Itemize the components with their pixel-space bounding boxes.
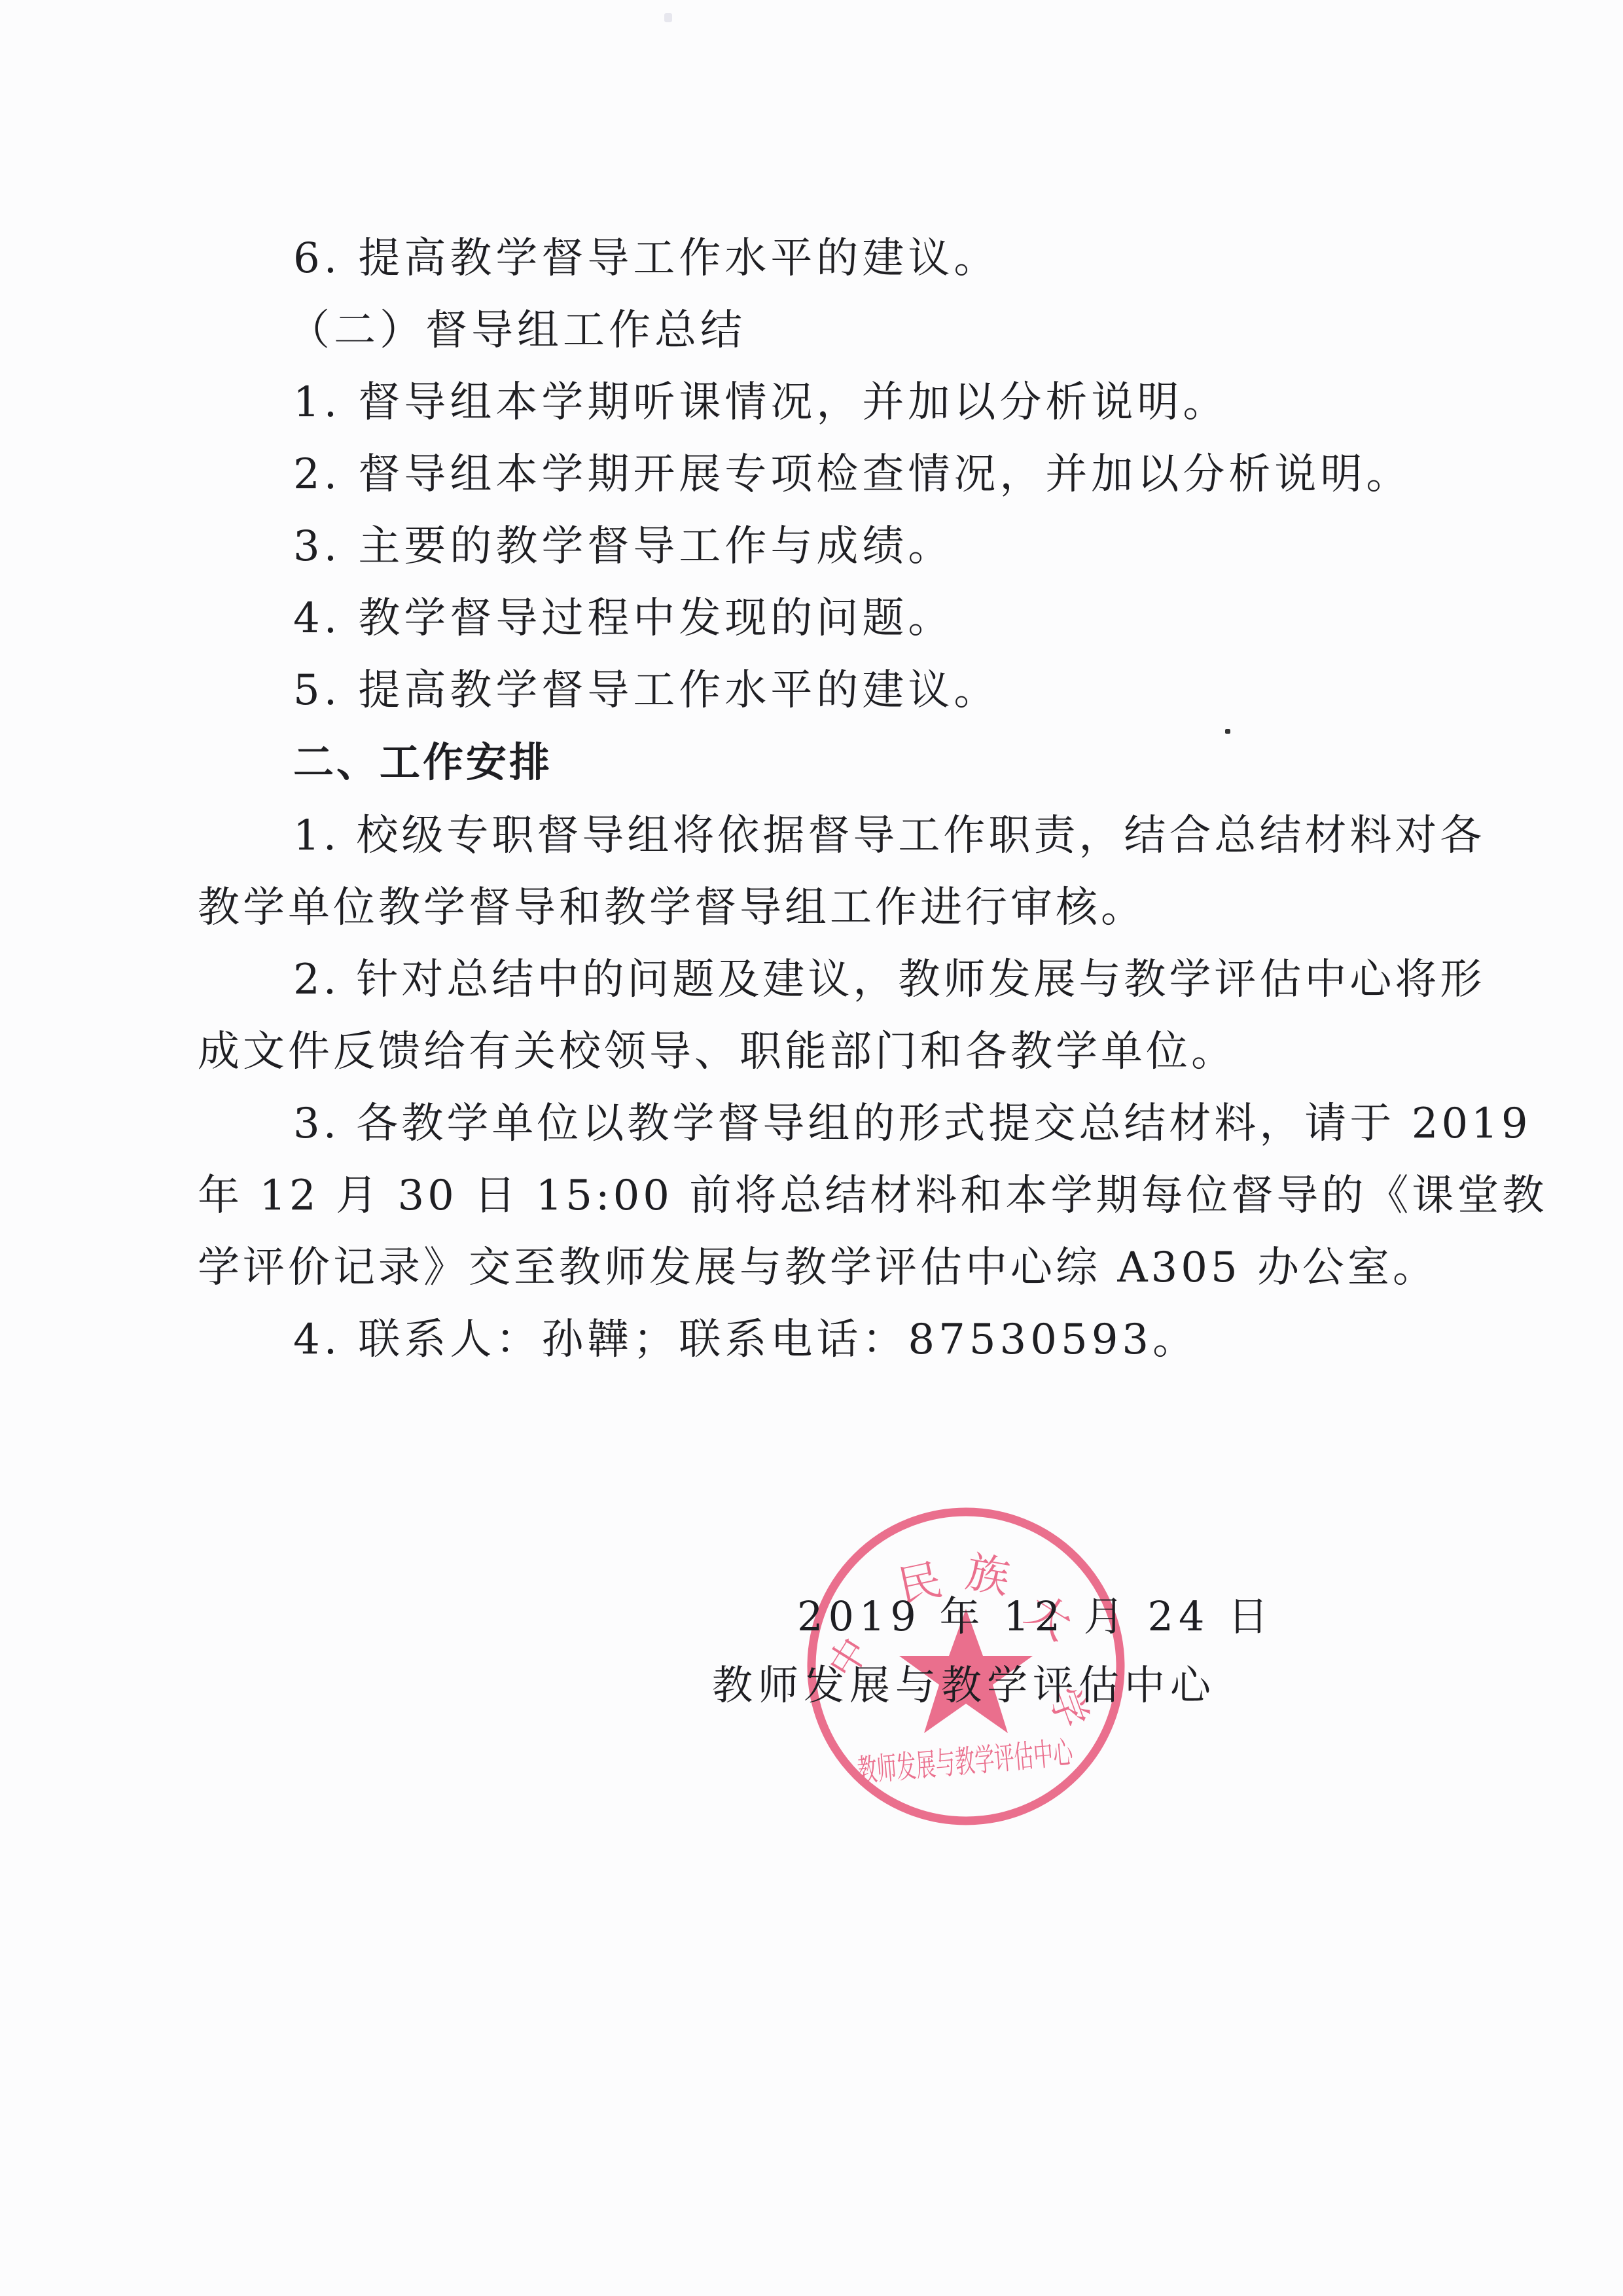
paragraph-2-line-1: 2. 针对总结中的问题及建议，教师发展与教学评估中心将形 <box>293 950 1485 1009</box>
issuing-department: 教师发展与教学评估中心 <box>712 1656 1216 1715</box>
subsection-heading: （二）督导组工作总结 <box>288 301 746 360</box>
document-page: 6. 提高教学督导工作水平的建议。 （二）督导组工作总结 1. 督导组本学期听课… <box>0 0 1623 2296</box>
list-item: 3. 主要的教学督导工作与成绩。 <box>293 517 954 576</box>
paragraph-2-line-2: 成文件反馈给有关校领导、职能部门和各教学单位。 <box>198 1022 1236 1081</box>
list-item: 4. 教学督导过程中发现的问题。 <box>293 589 954 648</box>
scan-artifact <box>664 13 672 22</box>
section-heading: 二、工作安排 <box>293 733 552 792</box>
svg-text:教师发展与教学评估中心: 教师发展与教学评估中心 <box>856 1734 1075 1790</box>
paragraph-1-line-2: 教学单位教学督导和教学督导组工作进行审核。 <box>198 878 1146 937</box>
document-date: 2019 年 12 月 24 日 <box>797 1587 1274 1646</box>
paragraph-1-line-1: 1. 校级专职督导组将依据督导工作职责，结合总结材料对各 <box>293 806 1485 865</box>
paragraph-3-line-1: 3. 各教学单位以教学督导组的形式提交总结材料，请于 2019 <box>293 1094 1531 1153</box>
scan-speck <box>1225 729 1230 734</box>
list-item-6: 6. 提高教学督导工作水平的建议。 <box>293 229 999 288</box>
paragraph-3-line-3: 学评价记录》交至教师发展与教学评估中心综 A305 办公室。 <box>198 1238 1438 1297</box>
list-item: 2. 督导组本学期开展专项检查情况，并加以分析说明。 <box>293 445 1412 504</box>
paragraph-3-line-2: 年 12 月 30 日 15:00 前将总结材料和本学期每位督导的《课堂教 <box>198 1166 1547 1225</box>
list-item: 5. 提高教学督导工作水平的建议。 <box>293 661 999 720</box>
contact-line: 4. 联系人：孙韡；联系电话：87530593。 <box>293 1310 1198 1369</box>
list-item: 1. 督导组本学期听课情况，并加以分析说明。 <box>293 373 1228 432</box>
